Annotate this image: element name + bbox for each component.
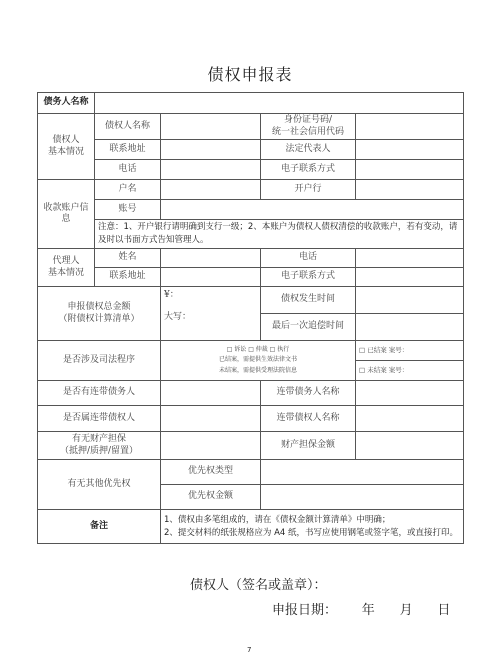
account-name-field[interactable] [161,180,261,200]
contact-address-field[interactable] [161,140,261,160]
joint-debtor-label: 是否有连带债务人 [38,381,161,406]
last-demand-field[interactable] [356,314,464,341]
agent-address-field[interactable] [161,268,261,287]
collateral-amount-label: 财产担保金额 [261,432,356,460]
joint-creditor-field[interactable] [161,406,261,432]
joint-debtor-name-label: 连带债务人名称 [261,381,356,406]
creditor-section-line2: 基本情况 [48,147,84,157]
claim-date-field[interactable] [356,287,464,314]
phone-label: 电话 [95,160,161,180]
judicial-closed-note: 已结案，需提供生效法律文书 [219,356,297,363]
joint-debtor-field[interactable] [161,381,261,406]
account-name-label: 户名 [95,180,161,200]
joint-creditor-name-label: 连带债权人名称 [261,406,356,432]
remarks-line1: 1、债权由多笔组成的，请在《债权金额计算清单》中明确； [164,515,390,525]
judicial-options[interactable]: □ 诉讼 □ 仲裁 □ 执行 已结案，需提供生效法律文书 未结案，需提供受理法院… [161,341,356,381]
open-case-field[interactable]: □ 未结案 案号： [356,361,464,381]
claim-date-label: 债权发生时间 [261,287,356,314]
e-contact-label: 电子联系方式 [261,160,356,180]
collateral-line2: （抵押/质押/留置） [60,446,138,456]
remarks-line2: 2、提交材料的纸张规格应为 A4 纸，书写应使用钢笔或签字笔，或直接打印。 [164,528,458,538]
agent-name-field[interactable] [161,249,261,268]
joint-creditor-name-field[interactable] [356,406,464,432]
id-label-line2: 统一社会信用代码 [272,127,344,137]
last-demand-label: 最后一次追偿时间 [261,314,356,341]
claim-amount-line2: （附债权计算清单） [58,314,139,324]
agent-section-line1: 代理人 [52,256,79,266]
contact-address-label: 联系地址 [95,140,161,160]
creditor-name-field[interactable] [161,114,261,140]
debtor-name-label: 债务人名称 [38,93,95,114]
debtor-name-field[interactable] [95,93,464,114]
claim-amount-field[interactable]: ¥： 大写： [161,287,261,341]
creditor-name-label: 债权人名称 [95,114,161,140]
priority-label: 有无其他优先权 [38,460,161,510]
remarks-label: 备注 [38,510,161,544]
agent-section-label: 代理人 基本情况 [38,249,95,287]
amount-capital-label: 大写： [164,312,257,334]
agent-phone-label: 电话 [261,249,356,268]
bank-field[interactable] [356,180,464,200]
e-contact-field[interactable] [356,160,464,180]
creditor-section-label: 债权人 基本情况 [38,114,95,180]
collateral-label: 有无财产担保 （抵押/质押/留置） [38,432,161,460]
account-no-field[interactable] [161,200,464,220]
collateral-field[interactable] [161,432,261,460]
claim-amount-label: 申报债权总金额 （附债权计算清单） [38,287,161,341]
id-label-line1: 身份证号码/ [284,115,332,125]
claim-form-table: 债务人名称 债权人 基本情况 债权人名称 身份证号码/ 统一社会信用代码 联系地… [37,92,464,544]
amount-yen-label: ¥： [164,290,257,312]
agent-name-label: 姓名 [95,249,161,268]
priority-type-label: 优先权类型 [161,460,261,485]
agent-e-contact-field[interactable] [356,268,464,287]
id-code-label: 身份证号码/ 统一社会信用代码 [261,114,356,140]
page-title: 债权申报表 [0,62,500,85]
bank-label: 开户行 [261,180,356,200]
page-number: 7 [247,646,251,654]
phone-field[interactable] [161,160,261,180]
judicial-open-note: 未结案，需提供受理法院信息 [219,367,297,374]
claim-amount-line1: 申报债权总金额 [67,302,130,312]
priority-amount-field[interactable] [261,485,464,510]
account-section-label: 收款账户信息 [38,180,95,249]
declaration-date-line[interactable]: 申报日期： 年 月 日 [272,599,450,618]
legal-rep-field[interactable] [356,140,464,160]
creditor-signature-line[interactable]: 债权人（签名或盖章）： [190,574,327,593]
agent-phone-field[interactable] [356,249,464,268]
account-notice: 注意：1、开户银行请明确到支行一级；2、本账户为债权人债权清偿的收款账户，若有变… [95,220,464,249]
joint-debtor-name-field[interactable] [356,381,464,406]
closed-case-field[interactable]: □ 已结案 案号： [356,341,464,361]
judicial-checkboxes[interactable]: □ 诉讼 □ 仲裁 □ 执行 [227,346,290,353]
id-code-field[interactable] [356,114,464,140]
judicial-label: 是否涉及司法程序 [38,341,161,381]
account-no-label: 账号 [95,200,161,220]
legal-rep-label: 法定代表人 [261,140,356,160]
creditor-section-line1: 债权人 [52,135,79,145]
agent-address-label: 联系地址 [95,268,161,287]
agent-e-contact-label: 电子联系方式 [261,268,356,287]
joint-creditor-label: 是否属连带债权人 [38,406,161,432]
collateral-amount-field[interactable] [356,432,464,460]
remarks-content: 1、债权由多笔组成的，请在《债权金额计算清单》中明确； 2、提交材料的纸张规格应… [161,510,464,544]
priority-type-field[interactable] [261,460,464,485]
agent-section-line2: 基本情况 [48,268,84,278]
priority-amount-label: 优先权金额 [161,485,261,510]
collateral-line1: 有无财产担保 [72,434,126,444]
